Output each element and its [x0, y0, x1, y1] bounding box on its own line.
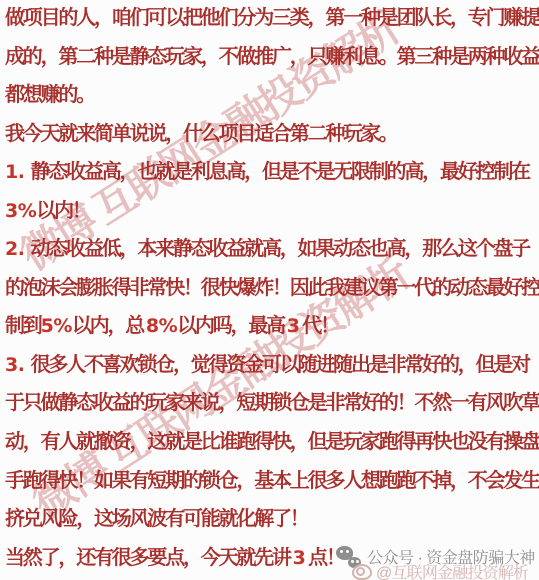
text-line: 动，有人就撤资，这就是比谁跑得快，但是玩家跑得再快也没有操盘: [5, 423, 539, 462]
text-segment: 3: [287, 315, 300, 337]
text-line: 挤兑风险，这场风波有可能就化解了！: [5, 500, 539, 539]
text-segment: 3%: [5, 200, 36, 222]
text-segment: 2.: [5, 238, 31, 260]
text-line: 都想赚的。: [5, 76, 539, 115]
text-line: 成的，第二种是静态玩家，不做推广，只赚利息。第三种是两种收益: [5, 38, 539, 77]
text-line: 手跑得快！如果有短期的锁仓，基本上很多人想跑跑不掉，不会发生: [5, 462, 539, 501]
text-segment: 3.: [5, 354, 31, 376]
text-segment: 以内，总: [72, 315, 146, 337]
text-segment: 动态收益低，本来静态收益就高，如果动态也高，那么这个盘子: [31, 238, 529, 260]
weibo-handle-label: @互联网金融投资解析: [376, 560, 528, 580]
text-line: 做项目的人，咱们可以把他们分为三类，第一种是团队长，专门赚提: [5, 0, 539, 38]
text-segment: 挤兑风险，这场风波有可能就化解了！: [5, 508, 308, 530]
text-segment: 于只做静态收益的玩家来说，短期锁仓是非常好的！不然一有风吹草: [5, 392, 539, 414]
text-line: 我今天就来简单说说，什么项目适合第二种玩家。: [5, 115, 539, 154]
text-segment: 很多人不喜欢锁仓，觉得资金可以随进随出是非常好的，但是对: [31, 354, 529, 376]
text-segment: 代！: [299, 315, 337, 337]
text-line: 3%以内！: [5, 192, 539, 231]
text-line: 1. 静态收益高，也就是利息高，但是不是无限制的高，最好控制在: [5, 153, 539, 192]
text-segment: 的泡沫会膨胀得非常快！很快爆炸！因此我建议第一代的动态最好控: [5, 277, 539, 299]
text-line: 3. 很多人不喜欢锁仓，觉得资金可以随进随出是非常好的，但是对: [5, 346, 539, 385]
text-line: 制到5%以内，总 8%以内吗，最高 3 代！: [5, 307, 539, 346]
text-segment: 动，有人就撤资，这就是比谁跑得快，但是玩家跑得再快也没有操盘: [5, 431, 539, 453]
text-segment: 做项目的人，咱们可以把他们分为三类，第一种是团队长，专门赚提: [5, 7, 539, 29]
text-segment: 5%: [41, 315, 72, 337]
text-segment: 1.: [5, 161, 31, 183]
text-segment: 我今天就来简单说说，什么项目适合第二种玩家。: [5, 123, 397, 145]
text-segment: 静态收益高，也就是利息高，但是不是无限制的高，最好控制在: [31, 161, 529, 183]
text-segment: 手跑得快！如果有短期的锁仓，基本上很多人想跑跑不掉，不会发生: [5, 470, 539, 492]
text-segment: 制到: [5, 315, 41, 337]
text-line: 2. 动态收益低，本来静态收益就高，如果动态也高，那么这个盘子: [5, 230, 539, 269]
text-segment: 8%: [146, 315, 177, 337]
text-line: 于只做静态收益的玩家来说，短期锁仓是非常好的！不然一有风吹草: [5, 384, 539, 423]
article-text: 做项目的人，咱们可以把他们分为三类，第一种是团队长，专门赚提成的，第二种是静态玩…: [5, 0, 539, 577]
text-segment: 都想赚的。: [5, 84, 94, 106]
weibo-icon: [352, 564, 372, 580]
text-segment: 成的，第二种是静态玩家，不做推广，只赚利息。第三种是两种收益: [5, 46, 539, 68]
text-segment: 以内！: [36, 200, 89, 222]
text-segment: 3: [293, 547, 306, 569]
text-line: 的泡沫会膨胀得非常快！很快爆炸！因此我建议第一代的动态最好控: [5, 269, 539, 308]
text-segment: 当然了，还有很多要点，今天就先讲: [5, 547, 293, 569]
weibo-handle-row: @互联网金融投资解析: [352, 560, 528, 580]
text-segment: 以内吗，最高: [177, 315, 287, 337]
article-screenshot: 微博 互联网金融投资解析 微博 互联网金融投资解析 做项目的人，咱们可以把他们分…: [0, 0, 539, 580]
